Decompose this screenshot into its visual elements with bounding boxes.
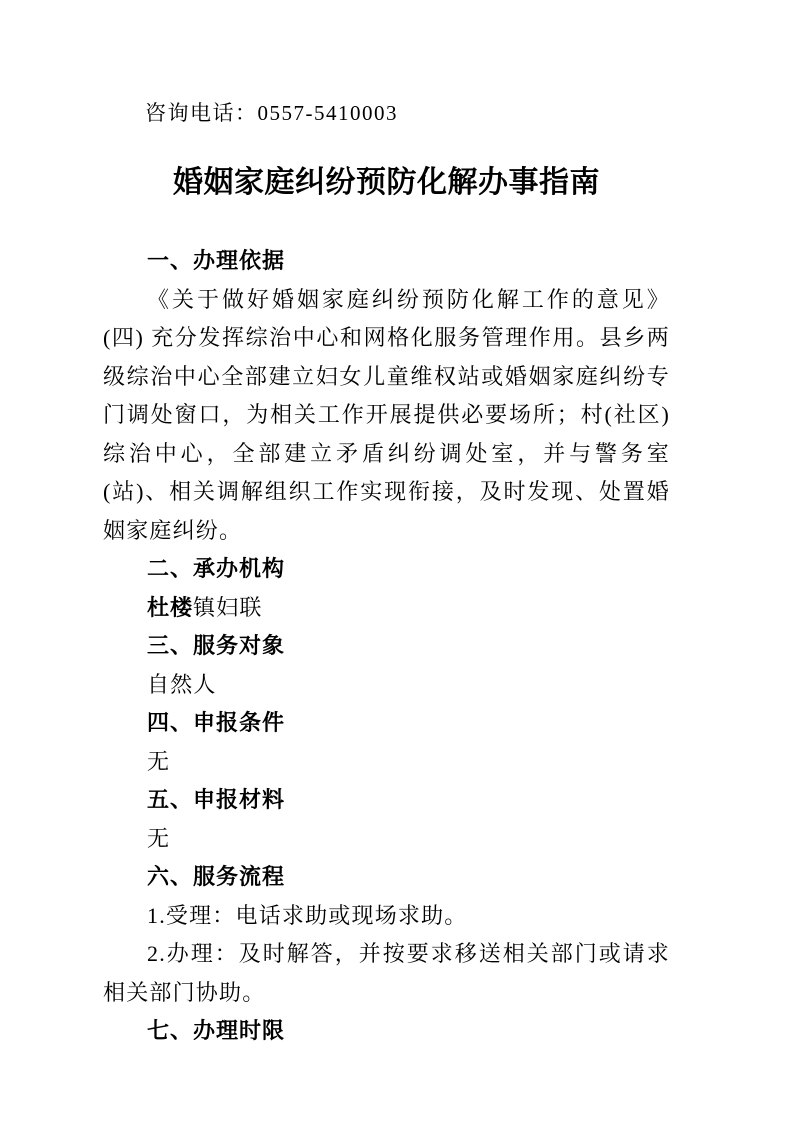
section-heading-basis: 一、办理依据: [103, 242, 670, 281]
section-paragraph-process-step-2: 2.办理：及时解答，并按要求移送相关部门或请求相关部门协助。: [103, 935, 670, 1012]
organization-name-regular: 镇妇联: [193, 595, 263, 620]
document-body: 一、办理依据 《关于做好婚姻家庭纠纷预防化解工作的意见》(四) 充分发挥综治中心…: [103, 242, 670, 1051]
document-page: 咨询电话：0557-5410003 婚姻家庭纠纷预防化解办事指南 一、办理依据 …: [0, 0, 793, 1122]
section-heading-application-conditions: 四、申报条件: [103, 704, 670, 743]
section-heading-application-materials: 五、申报材料: [103, 781, 670, 820]
section-heading-service-process: 六、服务流程: [103, 858, 670, 897]
section-heading-time-limit: 七、办理时限: [103, 1012, 670, 1051]
section-heading-organization: 二、承办机构: [103, 550, 670, 589]
document-title: 婚姻家庭纠纷预防化解办事指南: [103, 161, 670, 205]
section-heading-service-target: 三、服务对象: [103, 627, 670, 666]
organization-line: 杜楼镇妇联: [103, 589, 670, 628]
organization-name-bold: 杜楼: [147, 595, 193, 620]
document-content: 咨询电话：0557-5410003 婚姻家庭纠纷预防化解办事指南 一、办理依据 …: [103, 93, 670, 1051]
section-paragraph-process-step-1: 1.受理：电话求助或现场求助。: [103, 897, 670, 936]
section-paragraph-service-target: 自然人: [103, 666, 670, 705]
section-paragraph-application-conditions: 无: [103, 743, 670, 782]
section-paragraph-application-materials: 无: [103, 820, 670, 859]
section-paragraph-basis: 《关于做好婚姻家庭纠纷预防化解工作的意见》(四) 充分发挥综治中心和网格化服务管…: [103, 281, 670, 551]
consult-phone-line: 咨询电话：0557-5410003: [103, 93, 670, 133]
